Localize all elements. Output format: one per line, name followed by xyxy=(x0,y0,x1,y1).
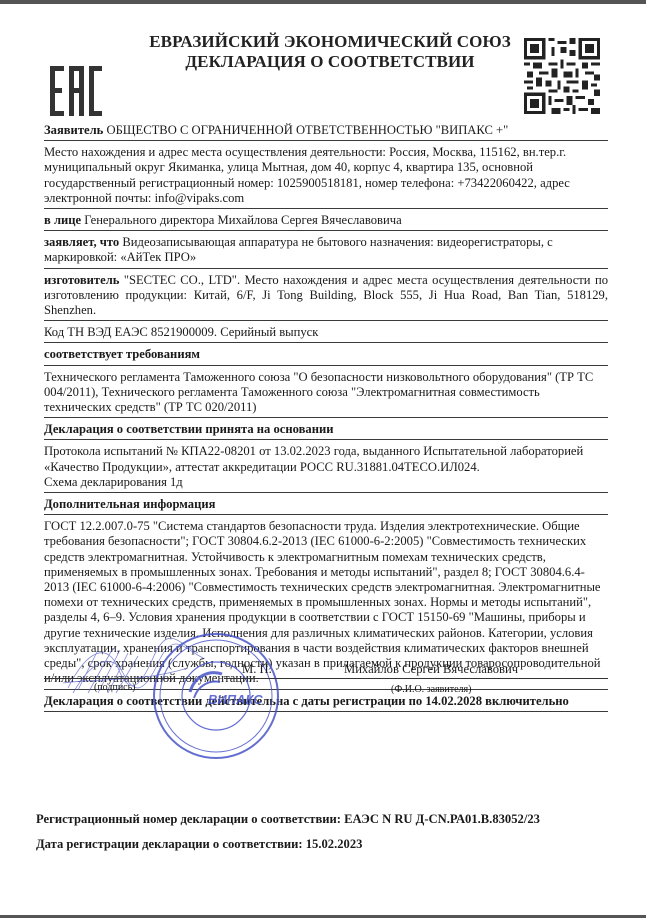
basis-value: Протокола испытаний № КПА22-08201 от 13.… xyxy=(44,444,608,474)
additional-label: Дополнительная информация xyxy=(44,497,215,511)
applicant-label: Заявитель xyxy=(44,123,103,137)
basis-label: Декларация о соответствии принята на осн… xyxy=(44,422,333,436)
title-declaration: ДЕКЛАРАЦИЯ О СООТВЕТСТВИИ xyxy=(140,52,520,72)
basis-row: Протокола испытаний № КПА22-08201 от 13.… xyxy=(44,443,608,493)
signatory-name: Михайлов Сергей Вячеславович xyxy=(344,662,518,677)
signature-caption: (подпись) xyxy=(94,682,136,693)
signature-line xyxy=(44,678,194,679)
name-line xyxy=(224,678,608,679)
declaration-body: Заявитель ОБЩЕСТВО С ОГРАНИЧЕННОЙ ОТВЕТС… xyxy=(44,122,608,715)
represented-row: в лице Генерального директора Михайлова … xyxy=(44,212,608,231)
registration-date: Дата регистрации декларации о соответств… xyxy=(36,837,362,852)
basis-header-row: Декларация о соответствии принята на осн… xyxy=(44,421,608,440)
registration-number: Регистрационный номер декларации о соотв… xyxy=(36,812,540,827)
seal-place-label: М. П. xyxy=(242,662,272,677)
represented-label: в лице xyxy=(44,213,81,227)
scheme-text: Схема декларирования 1д xyxy=(44,475,608,490)
applicant-row: Заявитель ОБЩЕСТВО С ОГРАНИЧЕННОЙ ОТВЕТС… xyxy=(44,122,608,141)
hs-code-row: Код ТН ВЭД ЕАЭС 8521900009. Серийный вып… xyxy=(44,324,608,343)
signature-block: М. П. Михайлов Сергей Вячеславович (подп… xyxy=(44,656,608,716)
document-title: ЕВРАЗИЙСКИЙ ЭКОНОМИЧЕСКИЙ СОЮЗ ДЕКЛАРАЦИ… xyxy=(140,32,520,72)
address-text: Место нахождения и адрес места осуществл… xyxy=(44,145,570,205)
requirements-header-row: соответствует требованиям xyxy=(44,346,608,365)
manufacturer-label: изготовитель xyxy=(44,273,119,287)
manufacturer-row: изготовитель "SECTEC CO., LTD". Место на… xyxy=(44,272,608,322)
title-union: ЕВРАЗИЙСКИЙ ЭКОНОМИЧЕСКИЙ СОЮЗ xyxy=(140,32,520,52)
declaration-page: ЕВРАЗИЙСКИЙ ЭКОНОМИЧЕСКИЙ СОЮЗ ДЕКЛАРАЦИ… xyxy=(0,4,646,915)
applicant-value: ОБЩЕСТВО С ОГРАНИЧЕННОЙ ОТВЕТСТВЕННОСТЬЮ… xyxy=(106,123,508,137)
name-caption: (Ф.И.О. заявителя) xyxy=(391,684,471,695)
eac-logo-icon xyxy=(50,66,102,116)
address-row: Место нахождения и адрес места осуществл… xyxy=(44,144,608,209)
requirements-value: Технического регламента Таможенного союз… xyxy=(44,370,593,414)
hs-code-text: Код ТН ВЭД ЕАЭС 8521900009. Серийный вып… xyxy=(44,325,318,339)
represented-value: Генерального директора Михайлова Сергея … xyxy=(84,213,401,227)
qr-code-icon[interactable] xyxy=(524,38,600,114)
manufacturer-value: "SECTEC CO., LTD". Место нахождения и ад… xyxy=(44,273,608,317)
additional-header-row: Дополнительная информация xyxy=(44,496,608,515)
declares-label: заявляет, что xyxy=(44,235,119,249)
requirements-label: соответствует требованиям xyxy=(44,347,200,361)
declares-value: Видеозаписывающая аппаратура не бытового… xyxy=(44,235,553,264)
requirements-row: Технического регламента Таможенного союз… xyxy=(44,369,608,419)
declares-row: заявляет, что Видеозаписывающая аппарату… xyxy=(44,234,608,268)
